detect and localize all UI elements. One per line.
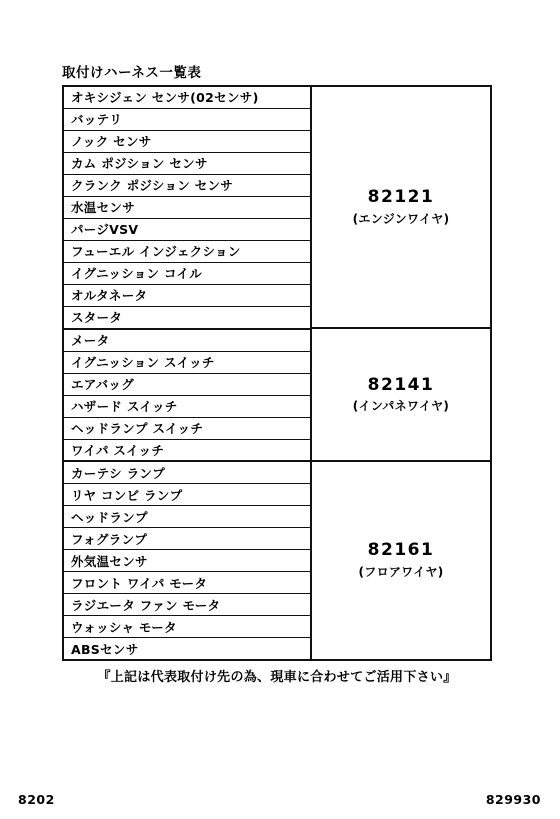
- table-row: イグニッション コイル: [64, 263, 310, 285]
- table-row: フロント ワイパ モータ: [64, 572, 310, 594]
- harness-code: 82121: [368, 188, 435, 207]
- harness-name: (エンジンワイヤ): [353, 210, 450, 227]
- component-label: バッテリ: [71, 110, 122, 128]
- component-label: カーテシ ランプ: [71, 464, 165, 482]
- table-row: メータ: [64, 330, 310, 352]
- footer-right-code: 829930: [486, 792, 541, 807]
- harness-code-cell: 82121(エンジンワイヤ): [312, 87, 490, 329]
- harness-name: (フロアワイヤ): [358, 563, 443, 580]
- component-label: イグニッション スイッチ: [71, 353, 215, 371]
- component-label: カム ポジション センサ: [71, 154, 208, 172]
- table-row: フォグランプ: [64, 528, 310, 550]
- code-column: 82121(エンジンワイヤ)82141(インパネワイヤ)82161(フロアワイヤ…: [312, 87, 490, 659]
- component-label: メータ: [71, 331, 109, 349]
- component-label: クランク ポジション センサ: [71, 176, 233, 194]
- table-row: ワイパ スイッチ: [64, 440, 310, 463]
- catalog-page: 取付けハーネス一覧表 オキシジェン センサ(02センサ)バッテリノック センサカ…: [0, 0, 560, 819]
- component-label: エアバッグ: [71, 375, 134, 393]
- table-row: ラジエータ ファン モータ: [64, 594, 310, 616]
- component-label: ノック センサ: [71, 132, 152, 150]
- table-row: クランク ポジション センサ: [64, 175, 310, 197]
- harness-table: オキシジェン センサ(02センサ)バッテリノック センサカム ポジション センサ…: [62, 85, 492, 661]
- component-label: ワイパ スイッチ: [71, 441, 164, 459]
- table-row: 水温センサ: [64, 197, 310, 219]
- component-label: ヘッドランプ スイッチ: [71, 419, 203, 437]
- harness-code: 82161: [368, 541, 435, 560]
- component-label: 水温センサ: [71, 198, 135, 216]
- table-row: スタータ: [64, 307, 310, 330]
- table-row: ウォッシャ モータ: [64, 616, 310, 638]
- table-row: 外気温センサ: [64, 550, 310, 572]
- footer-left-code: 8202: [18, 792, 55, 807]
- table-row: ノック センサ: [64, 131, 310, 153]
- component-label: パージVSV: [71, 220, 138, 238]
- harness-code: 82141: [368, 376, 435, 395]
- component-label: イグニッション コイル: [71, 264, 202, 282]
- table-row: フューエル インジェクション: [64, 241, 310, 263]
- table-row: エアバッグ: [64, 374, 310, 396]
- table-row: パージVSV: [64, 219, 310, 241]
- component-label: ABSセンサ: [71, 640, 139, 658]
- table-row: イグニッション スイッチ: [64, 352, 310, 374]
- component-label: リヤ コンビ ランプ: [71, 486, 182, 504]
- component-label: ラジエータ ファン モータ: [71, 596, 220, 614]
- component-label: 外気温センサ: [71, 552, 148, 570]
- component-label: ウォッシャ モータ: [71, 618, 177, 636]
- harness-code-cell: 82141(インパネワイヤ): [312, 329, 490, 462]
- table-row: リヤ コンビ ランプ: [64, 484, 310, 506]
- row-column: オキシジェン センサ(02センサ)バッテリノック センサカム ポジション センサ…: [64, 87, 312, 659]
- component-label: オキシジェン センサ(02センサ): [71, 88, 259, 106]
- usage-note: 『上記は代表取付け先の為、現車に合わせてご活用下さい』: [62, 666, 492, 685]
- harness-code-cell: 82161(フロアワイヤ): [312, 462, 490, 659]
- component-label: フォグランプ: [71, 530, 147, 548]
- table-row: ヘッドランプ: [64, 506, 310, 528]
- component-label: ヘッドランプ: [71, 508, 148, 526]
- table-row: バッテリ: [64, 109, 310, 131]
- table-row: カム ポジション センサ: [64, 153, 310, 175]
- component-label: フロント ワイパ モータ: [71, 574, 207, 592]
- harness-name: (インパネワイヤ): [353, 397, 449, 414]
- component-label: ハザード スイッチ: [71, 397, 178, 415]
- table-row: オキシジェン センサ(02センサ): [64, 87, 310, 109]
- table-row: オルタネータ: [64, 285, 310, 307]
- table-row: ヘッドランプ スイッチ: [64, 418, 310, 440]
- component-label: オルタネータ: [71, 286, 147, 304]
- table-row: カーテシ ランプ: [64, 462, 310, 484]
- page-title: 取付けハーネス一覧表: [62, 61, 201, 81]
- component-label: スタータ: [71, 308, 122, 326]
- table-row: ハザード スイッチ: [64, 396, 310, 418]
- table-row: ABSセンサ: [64, 638, 310, 659]
- component-label: フューエル インジェクション: [71, 242, 241, 260]
